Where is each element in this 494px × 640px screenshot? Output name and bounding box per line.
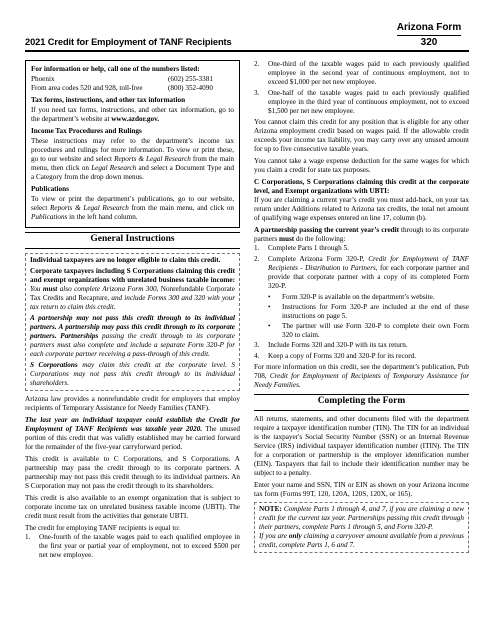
- step-item-1: 1. Complete Parts 1 through 5.: [254, 244, 469, 253]
- bullet-icon: •: [268, 293, 282, 302]
- phone-number: (602) 255-3381: [168, 75, 234, 84]
- contact-info-box: For information or help, call one of the…: [25, 60, 240, 228]
- step-item-2: 2. Complete Arizona Form 320-P, Credit f…: [254, 255, 469, 291]
- item-number: 1.: [254, 244, 268, 253]
- note-box: NOTE: Complete Parts 1 through 4, and 7,…: [254, 502, 469, 553]
- item-text: Complete Arizona Form 320-P, Credit for …: [268, 255, 469, 291]
- step-item-4: 4. Keep a copy of Forms 320 and 320-P fo…: [254, 352, 469, 361]
- paragraph-enter-name: Enter your name and SSN, TIN or EIN as s…: [254, 481, 469, 499]
- step-item-3: 3. Include Forms 320 and 320-P with its …: [254, 341, 469, 350]
- bullet-item: • Form 320-P is available on the departm…: [268, 293, 469, 302]
- bullet-item: • The partner will use Form 320-P to com…: [268, 322, 469, 340]
- tax-forms-heading: Tax forms, instructions, and other tax i…: [31, 96, 234, 105]
- phone-number: (800) 352-4090: [168, 84, 234, 93]
- bullet-item: • Instructions for Form 320-P are includ…: [268, 303, 469, 321]
- note-paragraph: NOTE: Complete Parts 1 through 4, and 7,…: [259, 505, 464, 532]
- phone-label: Phoenix: [31, 75, 168, 84]
- procedures-heading: Income Tax Procedures and Rulings: [31, 127, 234, 136]
- numbered-item-2: 2. One-third of the taxable wages paid t…: [254, 60, 469, 87]
- paragraph-c-corp-heading: C Corporations, S Corporations claiming …: [254, 178, 469, 196]
- paragraph-c-corp-body: If you are claiming a current year’s cre…: [254, 196, 469, 223]
- notice-paragraph: A partnership may not pass this credit t…: [30, 314, 235, 359]
- paragraph-last-year: The last year an individual taxpayer cou…: [25, 416, 240, 452]
- bullet-text: Instructions for Form 320-P are included…: [282, 303, 469, 321]
- right-column: 2. One-third of the taxable wages paid t…: [254, 60, 469, 562]
- phone-label: From area codes 520 and 928, toll-free: [31, 84, 168, 93]
- item-text: One-half of the taxable wages paid to ea…: [268, 89, 469, 116]
- item-text: Keep a copy of Forms 320 and 320-P for i…: [268, 352, 469, 361]
- paragraph-partnership-passing: A partnership passing the current year’s…: [254, 226, 469, 244]
- section-heading-completing-the-form: Completing the Form: [254, 394, 469, 411]
- item-text: One-fourth of the taxable wages paid to …: [39, 533, 240, 560]
- paragraph-wage-expense: You cannot take a wage expense deduction…: [254, 157, 469, 175]
- note-paragraph: If you are only claiming a carryover amo…: [259, 532, 464, 550]
- bullet-icon: •: [268, 322, 282, 340]
- paragraph-tin: All returns, statements, and other docum…: [254, 415, 469, 478]
- bullet-text: The partner will use Form 320-P to compl…: [282, 322, 469, 340]
- bullet-icon: •: [268, 303, 282, 321]
- page-title: 2021 Credit for Employment of TANF Recip…: [25, 37, 232, 49]
- publications-heading: Publications: [31, 185, 234, 194]
- page-header: 2021 Credit for Employment of TANF Recip…: [25, 22, 469, 52]
- item-text: One-third of the taxable wages paid to e…: [268, 60, 469, 87]
- document-page: 2021 Credit for Employment of TANF Recip…: [0, 0, 494, 562]
- form-label: Arizona Form: [397, 22, 461, 36]
- phone-row: From area codes 520 and 928, toll-free (…: [31, 84, 234, 93]
- paragraph-cannot-claim: You cannot claim this credit for any pos…: [254, 118, 469, 154]
- notice-paragraph: Corporate taxpayers including S Corporat…: [30, 267, 235, 312]
- procedures-paragraph: These instructions may refer to the depa…: [31, 137, 234, 182]
- bullet-text: Form 320-P is available on the departmen…: [282, 293, 469, 302]
- info-box-heading: For information or help, call one of the…: [31, 65, 234, 74]
- paragraph-exempt-org: This credit is also available to an exem…: [25, 494, 240, 521]
- item-number: 2.: [254, 255, 268, 291]
- section-heading-general-instructions: General Instructions: [25, 232, 240, 249]
- paragraph-credit-equal-to: The credit for employing TANF recipients…: [25, 524, 240, 533]
- eligibility-notice-box: Individual taxpayers are no longer eligi…: [25, 253, 240, 391]
- paragraph-more-info: For more information on this credit, see…: [254, 363, 469, 390]
- left-column: For information or help, call one of the…: [25, 60, 240, 562]
- item-text: Include Forms 320 and 320-P with its tax…: [268, 341, 469, 350]
- tax-forms-paragraph: If you need tax forms, instructions, and…: [31, 106, 234, 124]
- item-number: 4.: [254, 352, 268, 361]
- item-text: Complete Parts 1 through 5.: [268, 244, 469, 253]
- publications-paragraph: To view or print the department’s public…: [31, 195, 234, 222]
- form-identifier: Arizona Form 320: [389, 22, 469, 49]
- phone-row: Phoenix (602) 255-3381: [31, 75, 234, 84]
- two-column-body: For information or help, call one of the…: [25, 60, 469, 562]
- item-number: 3.: [254, 89, 268, 116]
- form-number: 320: [421, 37, 438, 48]
- numbered-item-1: 1. One-fourth of the taxable wages paid …: [25, 533, 240, 560]
- notice-paragraph: Individual taxpayers are no longer eligi…: [30, 256, 235, 265]
- numbered-item-3: 3. One-half of the taxable wages paid to…: [254, 89, 469, 116]
- paragraph-availability: This credit is available to C Corporatio…: [25, 455, 240, 491]
- item-number: 3.: [254, 341, 268, 350]
- item-number: 1.: [25, 533, 39, 560]
- paragraph-arizona-law: Arizona law provides a nonrefundable cre…: [25, 395, 240, 413]
- item-number: 2.: [254, 60, 268, 87]
- notice-paragraph: S Corporations may claim this credit at …: [30, 361, 235, 388]
